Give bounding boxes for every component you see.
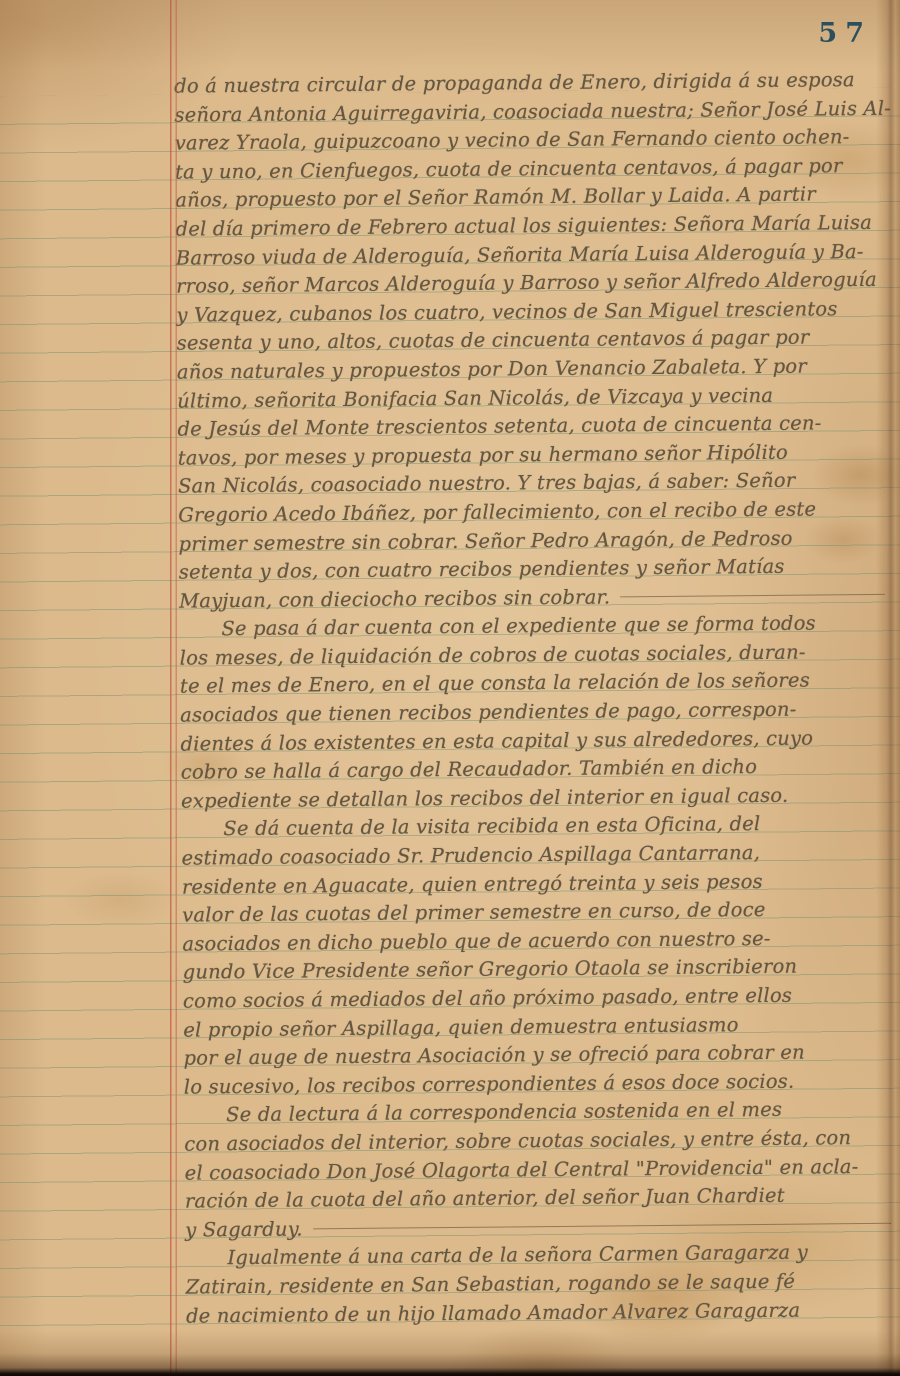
manuscript-page: do á nuestra circular de propaganda de E… [0, 0, 900, 1376]
filler-rule [620, 594, 885, 598]
manuscript-line-text: setenta y dos, con cuatro recibos pendie… [179, 553, 785, 587]
ruled-area: do á nuestra circular de propaganda de E… [0, 0, 900, 1376]
manuscript-line-text: y Sagarduy. [185, 1215, 303, 1245]
filler-rule [313, 1223, 891, 1230]
manuscript-line-text: ración de la cuota del año anterior, del… [185, 1182, 785, 1216]
page-number: 57 [818, 18, 872, 49]
manuscript-text: do á nuestra circular de propaganda de E… [174, 66, 892, 1331]
manuscript-line-text: de nacimiento de un hijo llamado Amador … [186, 1296, 800, 1330]
manuscript-line-text: Mayjuan, con dieciocho recibos sin cobra… [179, 583, 610, 616]
